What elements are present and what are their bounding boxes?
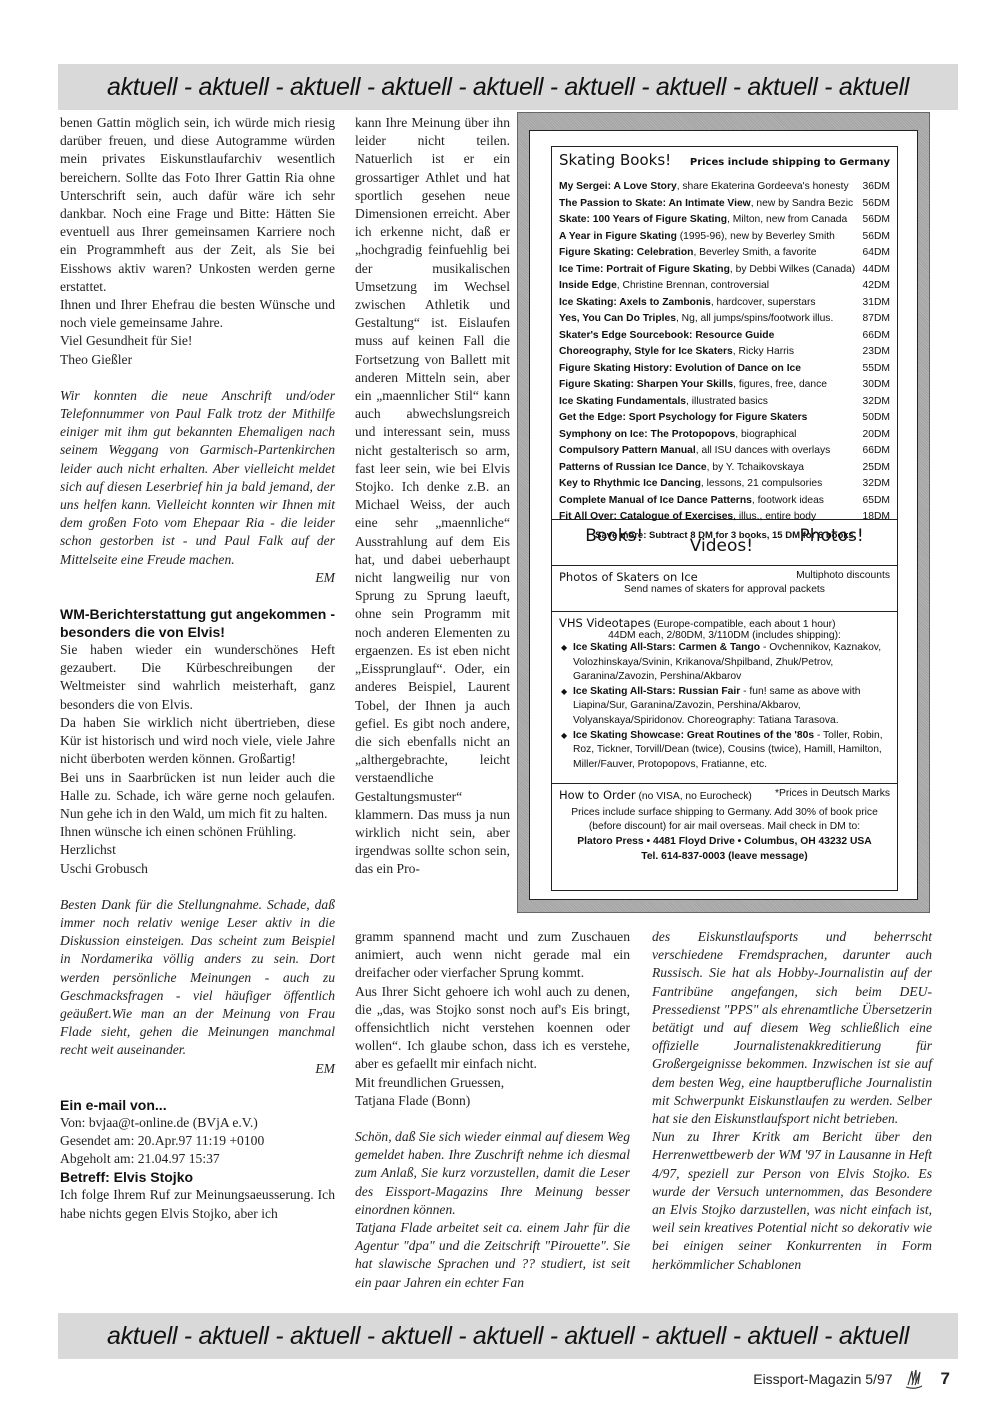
books-title: Skating Books! xyxy=(559,151,671,169)
book-title: Figure Skating: Sharpen Your Skills xyxy=(559,379,733,390)
books-videos-photos-banner: Books! Videos! Photos! xyxy=(552,520,897,566)
page-number: 7 xyxy=(941,1369,950,1389)
editor-sign-1: EM xyxy=(60,569,335,587)
book-title: Figure Skating History: Evolution of Dan… xyxy=(559,363,801,374)
book-price: 56DM xyxy=(863,229,890,246)
video-item: Ice Skating Showcase: Great Routines of … xyxy=(559,729,890,773)
letter-flade-p2: Aus Ihrer Sicht gehoere ich wohl auch zu… xyxy=(355,983,630,1074)
editor-reply-3-p4: Nun zu Ihrer Kritk am Bericht über den H… xyxy=(652,1128,932,1274)
letter-grobusch-p1: Sie haben wieder ein wunderschönes Heft … xyxy=(60,641,335,714)
book-title: Get the Edge: Sport Psychology for Figur… xyxy=(559,412,807,423)
editor-reply-3-p3: des Eiskunstlaufsports und beherrscht ve… xyxy=(652,928,932,1128)
book-price: 87DM xyxy=(863,311,890,328)
advertisement-frame: Skating Books! Prices include shipping t… xyxy=(517,112,930,913)
book-price: 25DM xyxy=(863,460,890,477)
letter-flade-start: Ich folge Ihrem Ruf zur Meinungsaeusseru… xyxy=(60,1186,335,1222)
book-title: My Sergei: A Love Story xyxy=(559,181,677,192)
letter-grobusch-p2: Da haben Sie wirklich nicht übertrieben,… xyxy=(60,714,335,769)
book-desc: , illus., entire body xyxy=(733,511,816,522)
vhs-title: VHS Videotapes xyxy=(559,616,651,630)
order-section: How to Order (no VISA, no Eurocheck) *Pr… xyxy=(552,784,897,868)
book-item: Ice Skating Fundamentals, illustrated ba… xyxy=(559,394,890,411)
order-note: (no VISA, no Eurocheck) xyxy=(636,791,752,802)
book-desc: , hardcover, superstars xyxy=(711,297,816,308)
book-item: Skate: 100 Years of Figure Skating, Milt… xyxy=(559,212,890,229)
magazine-logo-icon xyxy=(903,1368,925,1390)
book-item: Ice Time: Portrait of Figure Skating, by… xyxy=(559,262,890,279)
banner-books: Books! xyxy=(585,526,643,559)
vhs-section: VHS Videotapes (Europe-compatible, each … xyxy=(552,612,897,784)
photos-discount: Multiphoto discounts xyxy=(796,570,890,584)
order-text: Prices include surface shipping to Germa… xyxy=(559,806,890,834)
book-item: A Year in Figure Skating (1995-96), new … xyxy=(559,229,890,246)
book-price: 42DM xyxy=(863,278,890,295)
book-desc: , by Debbi Wilkes (Canada) xyxy=(730,264,855,275)
book-price: 56DM xyxy=(863,196,890,213)
book-desc: , Beverley Smith, a favorite xyxy=(693,247,816,258)
book-title: Ice Skating: Axels to Zambonis xyxy=(559,297,711,308)
heading-email: Ein e-mail von... xyxy=(60,1096,335,1114)
banner-videos: Videos! xyxy=(690,536,753,559)
book-price: 65DM xyxy=(863,493,890,510)
book-desc: , figures, free, dance xyxy=(733,379,827,390)
book-list: My Sergei: A Love Story, share Ekaterina… xyxy=(559,179,890,526)
video-item: Ice Skating All-Stars: Carmen & Tango - … xyxy=(559,641,890,685)
editor-reply-1: Wir konnten die neue Anschrift und/oder … xyxy=(60,387,335,569)
book-item: Key to Rhythmic Ice Dancing, lessons, 21… xyxy=(559,476,890,493)
letter-gießler-wish: Ihnen und Ihrer Ehefrau die besten Wünsc… xyxy=(60,296,335,332)
book-price: 56DM xyxy=(863,212,890,229)
book-desc: , all ISU dances with overlays xyxy=(696,445,831,456)
book-item: My Sergei: A Love Story, share Ekaterina… xyxy=(559,179,890,196)
book-item: Compulsory Pattern Manual, all ISU dance… xyxy=(559,443,890,460)
email-subject: Betreff: Elvis Stojko xyxy=(60,1168,335,1186)
book-item: Complete Manual of Ice Dance Patterns, f… xyxy=(559,493,890,510)
book-title: Ice Skating Fundamentals xyxy=(559,396,686,407)
book-title: Compulsory Pattern Manual xyxy=(559,445,696,456)
book-price: 23DM xyxy=(863,344,890,361)
book-price: 64DM xyxy=(863,245,890,262)
editor-reply-2: Besten Dank für die Stellungnahme. Schad… xyxy=(60,896,335,1060)
book-desc: , lessons, 21 compulsories xyxy=(701,478,822,489)
column-3: des Eiskunstlaufsports und beherrscht ve… xyxy=(652,928,932,1274)
book-item: Patterns of Russian Ice Dance, by Y. Tch… xyxy=(559,460,890,477)
book-price: 32DM xyxy=(863,476,890,493)
book-title: Fit All Over: Catalogue of Exercises xyxy=(559,511,733,522)
editor-sign-2: EM xyxy=(60,1060,335,1078)
letter-flade-body: kann Ihre Meinung über ihn leider nicht … xyxy=(355,114,510,879)
book-item: Symphony on Ice: The Protopopovs, biogra… xyxy=(559,427,890,444)
letter-flade-cont: gramm spannend macht und zum Zuschauen a… xyxy=(355,928,630,983)
column-2-narrow: kann Ihre Meinung über ihn leider nicht … xyxy=(355,114,510,879)
email-sent: Gesendet am: 20.Apr.97 11:19 +0100 xyxy=(60,1132,335,1150)
book-desc: , share Ekaterina Gordeeva's honesty xyxy=(677,181,849,192)
photos-section: Photos of Skaters on Ice Multiphoto disc… xyxy=(552,566,897,612)
book-title: Symphony on Ice: The Protopopovs xyxy=(559,429,735,440)
letter-grobusch-signature: Uschi Grobusch xyxy=(60,860,335,878)
vhs-prices: 44DM each, 2/80DM, 3/110DM (includes shi… xyxy=(559,630,890,641)
magazine-issue: Eissport-Magazin 5/97 xyxy=(753,1371,892,1387)
book-price: 55DM xyxy=(863,361,890,378)
heading-wm-berichterstattung: WM-Berichterstattung gut angekommen - be… xyxy=(60,605,335,641)
book-item: Ice Skating: Axels to Zambonis, hardcove… xyxy=(559,295,890,312)
letter-grobusch-greet: Herzlichst xyxy=(60,841,335,859)
photos-note: Send names of skaters for approval packe… xyxy=(559,584,890,595)
book-desc: , new by Sandra Bezic xyxy=(751,198,853,209)
letter-gießler-text: benen Gattin möglich sein, ich würde mic… xyxy=(60,114,335,296)
page-footer: Eissport-Magazin 5/97 7 xyxy=(753,1368,950,1390)
order-title: How to Order xyxy=(559,788,636,802)
book-title: Patterns of Russian Ice Dance xyxy=(559,462,707,473)
book-item: Inside Edge, Christine Brennan, controve… xyxy=(559,278,890,295)
book-title: Complete Manual of Ice Dance Patterns xyxy=(559,495,752,506)
letter-grobusch-p3: Bei uns in Saarbrücken ist nun leider au… xyxy=(60,769,335,824)
video-title: Ice Skating All-Stars: Carmen & Tango xyxy=(573,642,760,653)
book-title: Skate: 100 Years of Figure Skating xyxy=(559,214,727,225)
book-title: Choreography, Style for Ice Skaters xyxy=(559,346,733,357)
order-phone: Tel. 614-837-0003 (leave message) xyxy=(559,849,890,864)
email-from: Von: bvjaa@t-online.de (BVjA e.V.) xyxy=(60,1114,335,1132)
book-title: A Year in Figure Skating xyxy=(559,231,677,242)
book-price: 50DM xyxy=(863,410,890,427)
banner-photos: Photos! xyxy=(800,526,864,559)
letter-flade-signature: Tatjana Flade (Bonn) xyxy=(355,1092,630,1110)
editor-reply-3-p2: Tatjana Flade arbeitet seit ca. einem Ja… xyxy=(355,1219,630,1292)
book-price: 36DM xyxy=(863,179,890,196)
editor-reply-3-p1: Schön, daß Sie sich wieder einmal auf di… xyxy=(355,1128,630,1219)
book-item: The Passion to Skate: An Intimate View, … xyxy=(559,196,890,213)
book-item: Get the Edge: Sport Psychology for Figur… xyxy=(559,410,890,427)
email-fetched: Abgeholt am: 21.04.97 15:37 xyxy=(60,1150,335,1168)
book-title: Figure Skating: Celebration xyxy=(559,247,693,258)
book-price: 66DM xyxy=(863,328,890,345)
book-price: 66DM xyxy=(863,443,890,460)
book-item: Figure Skating: Sharpen Your Skills, fig… xyxy=(559,377,890,394)
book-price: 20DM xyxy=(863,427,890,444)
video-title: Ice Skating Showcase: Great Routines of … xyxy=(573,730,814,741)
letter-grobusch-p4: Ihnen wünsche ich einen schönen Frühling… xyxy=(60,823,335,841)
order-address: Platoro Press • 4481 Floyd Drive • Colum… xyxy=(559,834,890,849)
book-price: 44DM xyxy=(863,262,890,279)
books-section: Skating Books! Prices include shipping t… xyxy=(552,147,897,520)
letter-flade-greet: Mit freundlichen Gruessen, xyxy=(355,1074,630,1092)
book-title: Inside Edge xyxy=(559,280,617,291)
book-price: 32DM xyxy=(863,394,890,411)
book-price: 31DM xyxy=(863,295,890,312)
video-list: Ice Skating All-Stars: Carmen & Tango - … xyxy=(559,641,890,772)
book-desc: , Ricky Harris xyxy=(733,346,794,357)
letter-gießler-health: Viel Gesundheit für Sie! xyxy=(60,332,335,350)
book-desc: , Christine Brennan, controversial xyxy=(617,280,769,291)
advertisement-panel: Skating Books! Prices include shipping t… xyxy=(529,130,918,900)
book-title: Yes, You Can Do Triples xyxy=(559,313,676,324)
book-title: Key to Rhythmic Ice Dancing xyxy=(559,478,701,489)
book-item: Choreography, Style for Ice Skaters, Ric… xyxy=(559,344,890,361)
photos-title: Photos of Skaters on Ice xyxy=(559,570,698,584)
books-subtitle: Prices include shipping to Germany xyxy=(690,157,890,168)
advertisement-box: Skating Books! Prices include shipping t… xyxy=(551,146,898,891)
section-band-bottom: aktuell - aktuell - aktuell - aktuell - … xyxy=(58,1313,958,1359)
book-item: Figure Skating: Celebration, Beverley Sm… xyxy=(559,245,890,262)
book-price: 30DM xyxy=(863,377,890,394)
book-title: The Passion to Skate: An Intimate View xyxy=(559,198,751,209)
book-price: 18DM xyxy=(863,509,890,526)
book-item: Yes, You Can Do Triples, Ng, all jumps/s… xyxy=(559,311,890,328)
book-desc: , illustrated basics xyxy=(686,396,768,407)
book-item: Figure Skating History: Evolution of Dan… xyxy=(559,361,890,378)
book-desc: , biographical xyxy=(735,429,796,440)
book-desc: , by Y. Tchaikovskaya xyxy=(707,462,804,473)
order-currency: *Prices in Deutsch Marks xyxy=(775,788,890,802)
book-desc: (1995-96), new by Beverley Smith xyxy=(677,231,835,242)
vhs-note: (Europe-compatible, each about 1 hour) xyxy=(651,619,836,630)
book-title: Ice Time: Portrait of Figure Skating xyxy=(559,264,730,275)
book-desc: , Milton, new from Canada xyxy=(727,214,847,225)
section-band-top: aktuell - aktuell - aktuell - aktuell - … xyxy=(58,64,958,110)
book-item: Skater's Edge Sourcebook: Resource Guide… xyxy=(559,328,890,345)
book-desc: , footwork ideas xyxy=(752,495,824,506)
column-2-wide: gramm spannend macht und zum Zuschauen a… xyxy=(355,928,630,1292)
column-1: benen Gattin möglich sein, ich würde mic… xyxy=(60,114,335,1223)
book-title: Skater's Edge Sourcebook: Resource Guide xyxy=(559,330,774,341)
book-desc: , Ng, all jumps/spins/footwork illus. xyxy=(676,313,833,324)
video-item: Ice Skating All-Stars: Russian Fair - fu… xyxy=(559,685,890,729)
video-title: Ice Skating All-Stars: Russian Fair xyxy=(573,686,740,697)
letter-gießler-signature: Theo Gießler xyxy=(60,351,335,369)
